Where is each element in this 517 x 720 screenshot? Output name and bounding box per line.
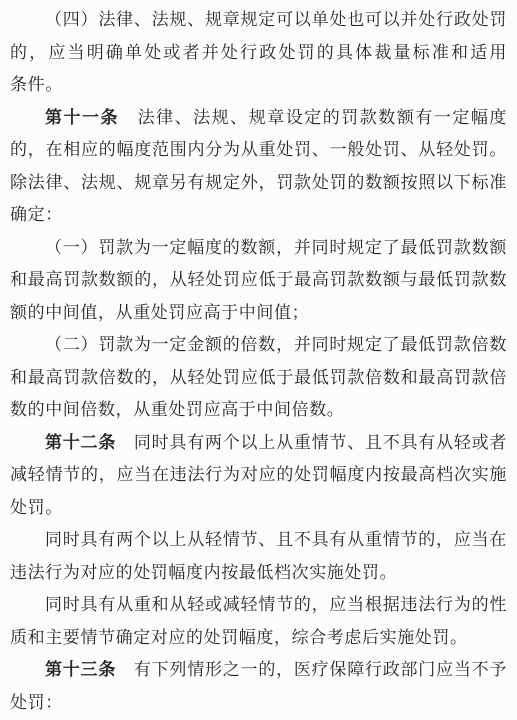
text-line: 同时具有从重和从轻或减轻情节的，应当根据违法行为的性 [10,589,507,622]
text-line: 确定： [10,199,507,232]
text-line: 数的中间倍数，从重处罚应高于中间倍数。 [10,394,507,427]
text-line: 违法行为对应的处罚幅度内按最低档次实施处罚。 [10,557,507,590]
article-number: 第十二条 [45,433,116,452]
text-line: 第十三条 有下列情形之一的，医疗保障行政部门应当不予 [10,654,507,687]
text-line: 质和主要情节确定对应的处罚幅度，综合考虑后实施处罚。 [10,622,507,655]
text-line: 处罚： [10,687,507,720]
document-page: （四）法律、法规、规章规定可以单处也可以并处行政处罚 的，应当明确单处或者并处行… [0,0,517,720]
text-line: 同时具有两个以上从轻情节、且不具有从重情节的，应当在 [10,524,507,557]
article-number: 第十一条 [45,108,119,127]
paragraph-text: 法律、法规、规章设定的罚款数额有一定幅度 [119,108,507,127]
text-line: 的，在相应的幅度范围内分为从重处罚、一般处罚、从轻处罚。 [10,134,507,167]
paragraph-text: 同时具有两个以上从重情节、且不具有从轻或者 [116,433,507,452]
text-line: （一）罚款为一定幅度的数额，并同时规定了最低罚款数额 [10,232,507,265]
text-line: 第十一条 法律、法规、规章设定的罚款数额有一定幅度 [10,102,507,135]
paragraph-text: 有下列情形之一的，医疗保障行政部门应当不予 [116,660,507,679]
text-line: （二）罚款为一定金额的倍数，并同时规定了最低罚款倍数 [10,329,507,362]
article-number: 第十三条 [45,660,116,679]
text-line: （四）法律、法规、规章规定可以单处也可以并处行政处罚 [10,4,507,37]
text-line: 条件。 [10,69,507,102]
text-line: 和最高罚款倍数的，从轻处罚应低于最低罚款倍数和最高罚款倍 [10,362,507,395]
text-line: 的，应当明确单处或者并处行政处罚的具体裁量标准和适用 [10,37,507,70]
text-line: 处罚。 [10,492,507,525]
text-line: 和最高罚款数额的，从轻处罚应低于最高罚款数额与最低罚款数 [10,264,507,297]
text-line: 第十二条 同时具有两个以上从重情节、且不具有从轻或者 [10,427,507,460]
text-line: 减轻情节的，应当在违法行为对应的处罚幅度内按最高档次实施 [10,459,507,492]
text-line: 除法律、法规、规章另有规定外，罚款处罚的数额按照以下标准 [10,167,507,200]
text-line: 额的中间值，从重处罚应高于中间值； [10,297,507,330]
